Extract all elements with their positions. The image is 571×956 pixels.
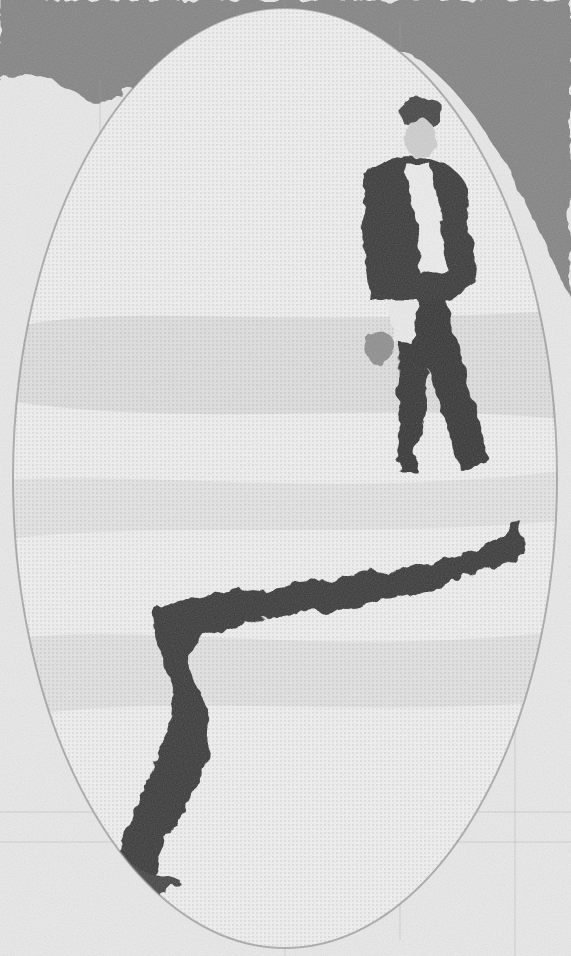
halftone-grain <box>0 0 571 956</box>
photo-scene <box>0 0 571 956</box>
newspaper-photo <box>0 0 571 956</box>
